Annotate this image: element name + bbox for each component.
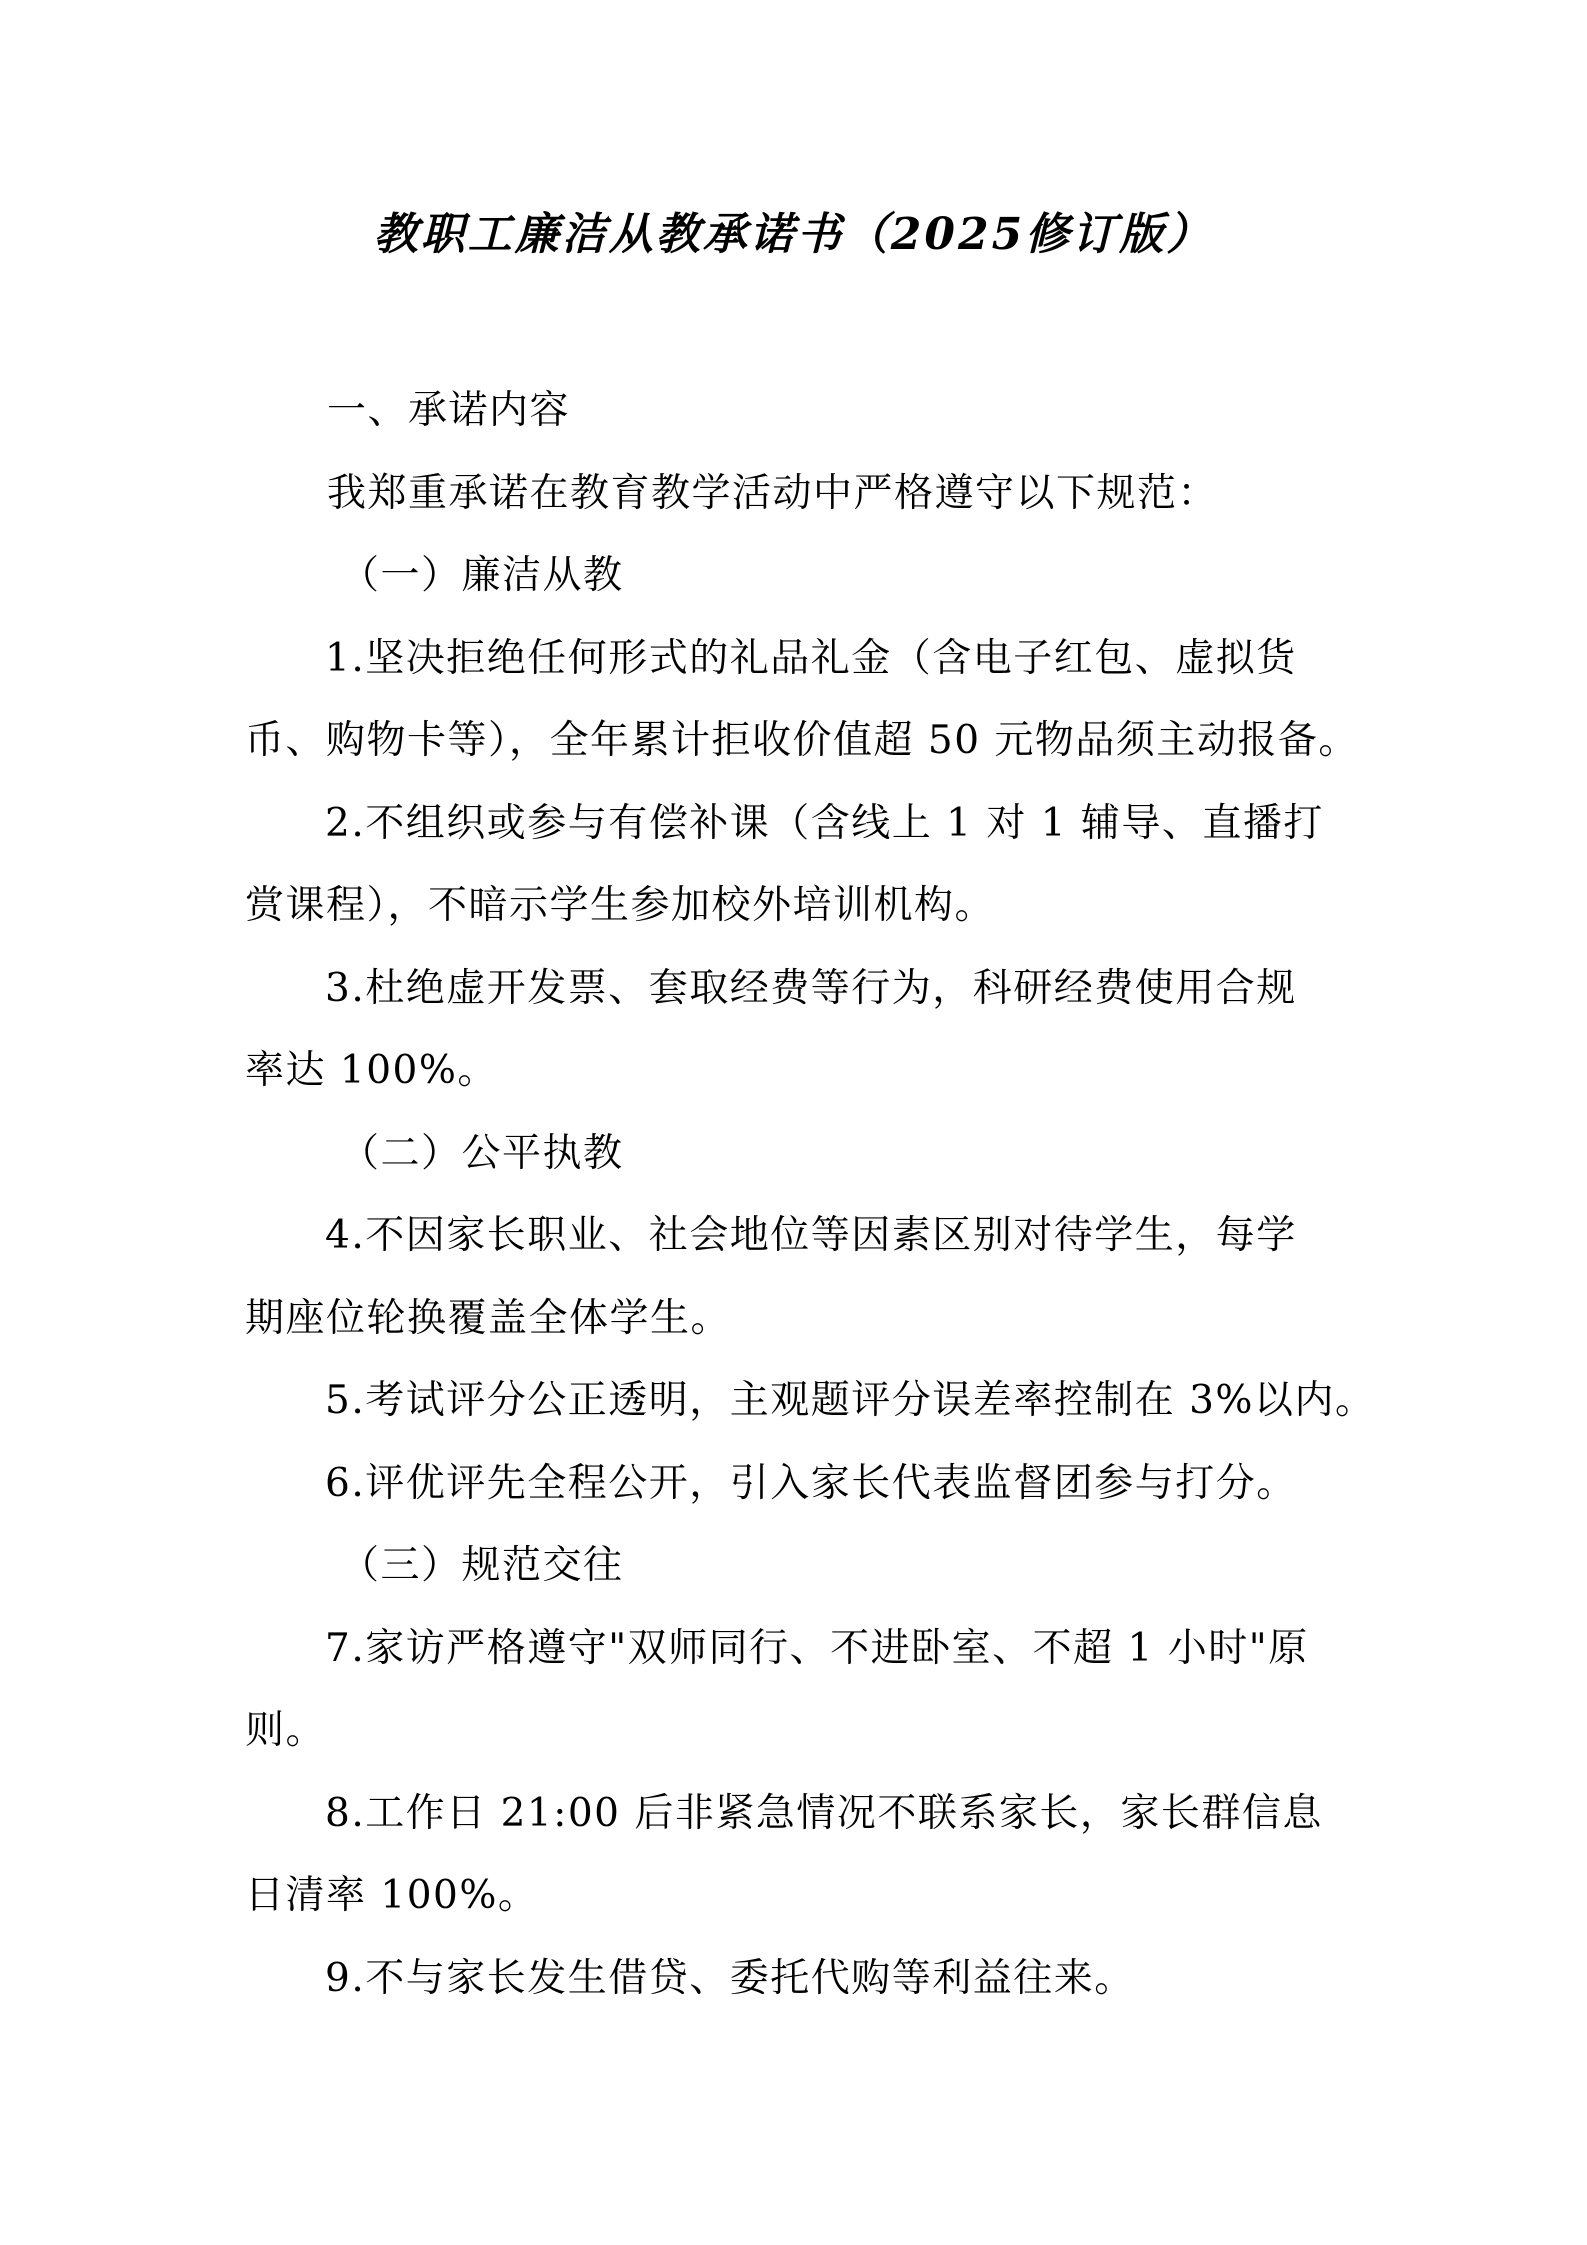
clause-line: 日清率 100%。 [245, 1855, 1360, 1938]
clause-item-6: 6.评优评先全程公开，引入家长代表监督团参与打分。 [245, 1443, 1360, 1526]
clause-line: 1.坚决拒绝任何形式的礼品礼金（含电子红包、虚拟货 [245, 618, 1360, 701]
subsection-heading-3: （三）规范交往 [245, 1525, 1360, 1608]
document-body: 一、承诺内容 我郑重承诺在教育教学活动中严格遵守以下规范： （一）廉洁从教 1.… [245, 370, 1360, 2020]
clause-line: 5.考试评分公正透明，主观题评分误差率控制在 3%以内。 [245, 1360, 1360, 1443]
clause-item-8: 8.工作日 21:00 后非紧急情况不联系家长，家长群信息 日清率 100%。 [245, 1773, 1360, 1938]
clause-line: 则。 [245, 1690, 1360, 1773]
clause-item-5: 5.考试评分公正透明，主观题评分误差率控制在 3%以内。 [245, 1360, 1360, 1443]
document-page: 教职工廉洁从教承诺书（2025修订版） 一、承诺内容 我郑重承诺在教育教学活动中… [0, 0, 1587, 2245]
clause-line: 7.家访严格遵守"双师同行、不进卧室、不超 1 小时"原 [245, 1608, 1360, 1691]
clause-item-9: 9.不与家长发生借贷、委托代购等利益往来。 [245, 1938, 1360, 2021]
clause-line: 率达 100%。 [245, 1030, 1360, 1113]
clause-line: 3.杜绝虚开发票、套取经费等行为，科研经费使用合规 [245, 948, 1360, 1031]
clause-line: 8.工作日 21:00 后非紧急情况不联系家长，家长群信息 [245, 1773, 1360, 1856]
clause-item-4: 4.不因家长职业、社会地位等因素区别对待学生，每学 期座位轮换覆盖全体学生。 [245, 1195, 1360, 1360]
clause-item-7: 7.家访严格遵守"双师同行、不进卧室、不超 1 小时"原 则。 [245, 1608, 1360, 1773]
intro-paragraph: 我郑重承诺在教育教学活动中严格遵守以下规范： [245, 453, 1360, 536]
subsection-heading-2: （二）公平执教 [245, 1113, 1360, 1196]
subsection-heading-1: （一）廉洁从教 [245, 535, 1360, 618]
clause-line: 9.不与家长发生借贷、委托代购等利益往来。 [245, 1938, 1360, 2021]
clause-line: 6.评优评先全程公开，引入家长代表监督团参与打分。 [245, 1443, 1360, 1526]
clause-line: 币、购物卡等），全年累计拒收价值超 50 元物品须主动报备。 [245, 700, 1360, 783]
document-title: 教职工廉洁从教承诺书（2025修订版） [0, 205, 1587, 265]
clause-line: 期座位轮换覆盖全体学生。 [245, 1278, 1360, 1361]
clause-item-1: 1.坚决拒绝任何形式的礼品礼金（含电子红包、虚拟货 币、购物卡等），全年累计拒收… [245, 618, 1360, 783]
clause-line: 2.不组织或参与有偿补课（含线上 1 对 1 辅导、直播打 [245, 783, 1360, 866]
clause-line: 赏课程），不暗示学生参加校外培训机构。 [245, 865, 1360, 948]
clause-item-2: 2.不组织或参与有偿补课（含线上 1 对 1 辅导、直播打 赏课程），不暗示学生… [245, 783, 1360, 948]
clause-item-3: 3.杜绝虚开发票、套取经费等行为，科研经费使用合规 率达 100%。 [245, 948, 1360, 1113]
clause-line: 4.不因家长职业、社会地位等因素区别对待学生，每学 [245, 1195, 1360, 1278]
section-heading: 一、承诺内容 [245, 370, 1360, 453]
